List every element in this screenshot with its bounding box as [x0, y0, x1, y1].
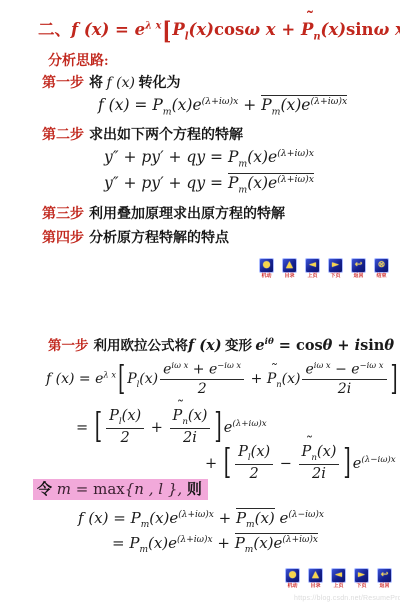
ode-equation-2: y″ + py′ + qy = Pm(x)e(λ+iω)x — [104, 173, 314, 196]
nav-button-auto[interactable]: ● 机动 — [258, 258, 275, 280]
step-1-post: 转化为 — [138, 76, 180, 91]
step-1-label: 第一步 — [42, 76, 84, 91]
nav-button-label: 下页 — [330, 274, 340, 280]
formula-grouped-term-2: + [Pl(x)2 − P˜n(x)2i]e(λ−iω)x — [205, 444, 396, 484]
nav-button-label: 下页 — [356, 584, 366, 590]
slide2-step-1-inline-math: f (x) — [188, 337, 222, 354]
return-arrow-icon: ↩ — [351, 258, 366, 273]
analysis-heading: 分析思路: — [48, 50, 109, 70]
step-1-pre: 将 — [89, 76, 103, 91]
ball-icon: ● — [259, 258, 274, 273]
step-2-text: 求出如下两个方程的特解 — [89, 128, 243, 143]
step-3-text: 利用叠加原理求出原方程的特解 — [89, 207, 285, 222]
step-3-label: 第三步 — [42, 207, 84, 222]
nav-button-label: 返回 — [353, 274, 363, 280]
nav-button-contents[interactable]: ▲ 目录 — [281, 258, 298, 280]
triangle-up-icon: ▲ — [282, 258, 297, 273]
nav-button-auto[interactable]: ● 机动 — [284, 568, 301, 590]
nav-button-label: 结束 — [376, 274, 386, 280]
step-3-line: 第三步利用叠加原理求出原方程的特解 — [42, 203, 285, 223]
nav-button-next-page[interactable]: ► 下页 — [327, 258, 344, 280]
nav-button-contents[interactable]: ▲ 目录 — [307, 568, 324, 590]
triangle-right-icon: ► — [354, 568, 369, 583]
slide2-step-1-pre: 利用欧拉公式将 — [94, 338, 189, 353]
formula-grouped-term-1: = [Pl(x)2 + P˜n(x)2i]e(λ+iω)x — [76, 408, 267, 448]
page-title: 二、f (x) = eλ x[Pl(x)cosω x + P˜n(x)sinω … — [38, 16, 400, 42]
step-2-label: 第二步 — [42, 128, 84, 143]
nav-button-label: 机动 — [261, 274, 271, 280]
nav-button-end[interactable]: ⊗ 结束 — [373, 258, 390, 280]
nav-button-next-page[interactable]: ► 下页 — [353, 568, 370, 590]
euler-formula: eiθ = cosθ + isinθ — [255, 337, 394, 354]
triangle-up-icon: ▲ — [308, 568, 323, 583]
formula-fx-decomposition: f (x) = Pm(x)e(λ+iω)x + Pm(x)e(λ+iω)x — [98, 95, 347, 118]
triangle-left-icon: ◄ — [305, 258, 320, 273]
slide2-step-1-line: 第一步利用欧拉公式将f (x) 变形 eiθ = cosθ + isinθ — [48, 334, 394, 354]
nav-button-label: 机动 — [287, 584, 297, 590]
nav-button-prev-page[interactable]: ◄ 上页 — [330, 568, 347, 590]
nav-button-label: 上页 — [333, 584, 343, 590]
step-4-label: 第四步 — [42, 231, 84, 246]
triangle-right-icon: ► — [328, 258, 343, 273]
slide2-step-1-label: 第一步 — [48, 338, 89, 353]
nav-toolbar-slide1: ● 机动 ▲ 目录 ◄ 上页 ► 下页 ↩ 返回 ⊗ 结束 — [258, 258, 390, 280]
nav-toolbar-slide2: ● 机动 ▲ 目录 ◄ 上页 ► 下页 ↩ 返回 ⊗ 结束 — [284, 568, 400, 590]
step-1-line: 第一步将 f (x) 转化为 — [42, 72, 180, 92]
return-arrow-icon: ↩ — [377, 568, 392, 583]
title-formula: f (x) = eλ x[Pl(x)cosω x + P˜n(x)sinω x] — [71, 20, 400, 39]
watermark-url: https://blog.csdn.net/ResumeProject — [294, 595, 400, 602]
formula-euler-expansion: f (x) = eλ x[Pl(x)eiω x + e−iω x2 + P˜n(… — [46, 360, 400, 398]
nav-button-back[interactable]: ↩ 返回 — [376, 568, 393, 590]
nav-button-prev-page[interactable]: ◄ 上页 — [304, 258, 321, 280]
slide2-step-1-post: 变形 — [225, 338, 252, 353]
ball-icon: ● — [285, 568, 300, 583]
title-prefix: 二、 — [38, 20, 71, 39]
nav-button-label: 返回 — [379, 584, 389, 590]
ode-equation-1: y″ + py′ + qy = Pm(x)e(λ+iω)x — [104, 148, 314, 169]
formula-fx-final-form: = Pm(x)e(λ+iω)x + Pm(x)e(λ+iω)x — [112, 533, 318, 555]
nav-button-back[interactable]: ↩ 返回 — [350, 258, 367, 280]
let-m-definition: 令 m = max{n , l }, 则 — [33, 478, 208, 499]
nav-button-label: 上页 — [307, 274, 317, 280]
close-icon: ⊗ — [374, 258, 389, 273]
nav-button-label: 目录 — [310, 584, 320, 590]
courseware-page: 二、f (x) = eλ x[Pl(x)cosω x + P˜n(x)sinω … — [0, 0, 400, 609]
triangle-left-icon: ◄ — [331, 568, 346, 583]
step-1-inline-math: f (x) — [107, 75, 135, 91]
step-4-line: 第四步分析原方程特解的特点 — [42, 227, 229, 247]
nav-button-label: 目录 — [284, 274, 294, 280]
formula-fx-conjugate-form: f (x) = Pm(x)e(λ+iω)x + Pm(x) e(λ−iω)x — [78, 508, 324, 530]
highlighted-definition: 令 m = max{n , l }, 则 — [33, 479, 208, 500]
step-2-line: 第二步求出如下两个方程的特解 — [42, 124, 243, 144]
step-4-text: 分析原方程特解的特点 — [89, 231, 229, 246]
